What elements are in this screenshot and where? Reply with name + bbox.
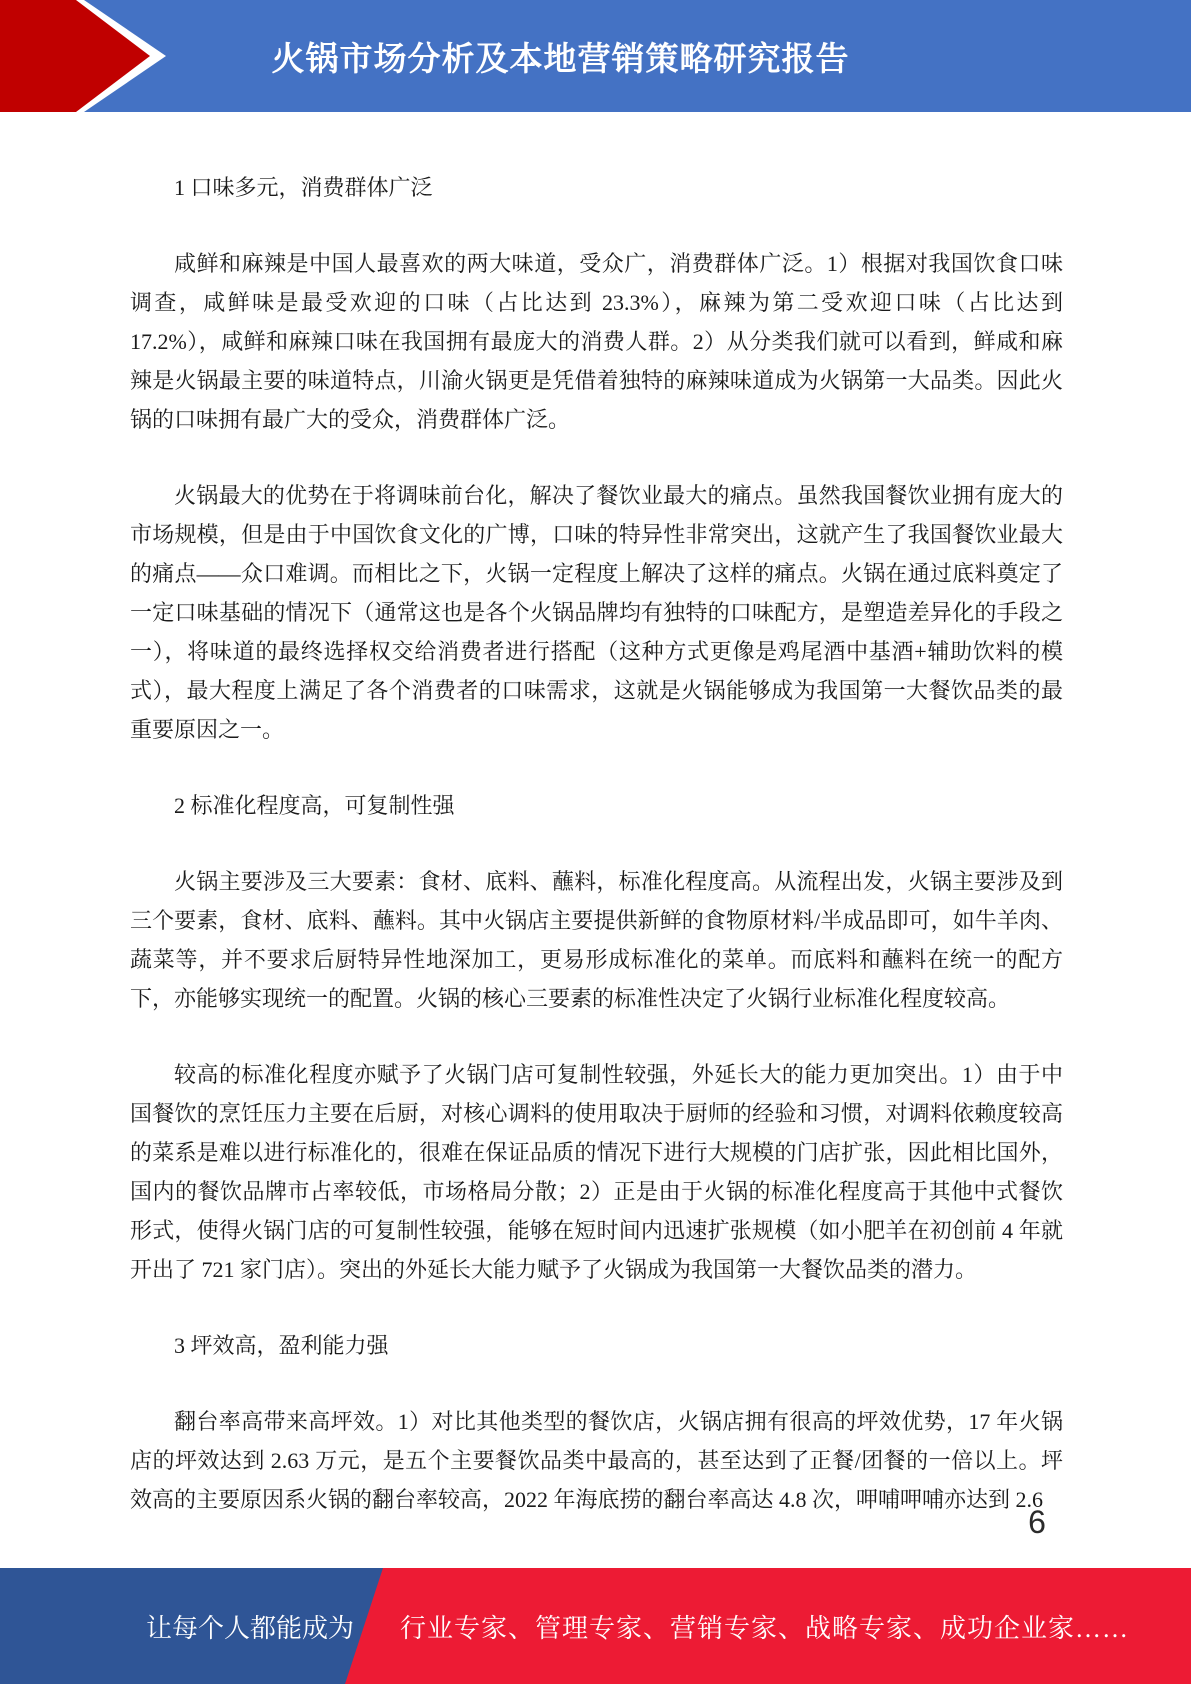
report-page: 火锅市场分析及本地营销策略研究报告 1 口味多元，消费群体广泛 咸鲜和麻辣是中国… [0, 0, 1191, 1684]
footer-slogan-right: 行业专家、管理专家、营销专家、战略专家、成功企业家…… [400, 1568, 1129, 1684]
section-3-heading: 3 坪效高，盈利能力强 [130, 1326, 1063, 1365]
section-1-paragraph-1: 咸鲜和麻辣是中国人最喜欢的两大味道，受众广，消费群体广泛。1）根据对我国饮食口味… [130, 244, 1063, 439]
footer-slogan-left: 让每个人都能成为 [146, 1568, 354, 1684]
page-title: 火锅市场分析及本地营销策略研究报告 [0, 0, 1156, 112]
document-body: 1 口味多元，消费群体广泛 咸鲜和麻辣是中国人最喜欢的两大味道，受众广，消费群体… [0, 112, 1191, 1519]
page-number: 6 [1012, 1504, 1062, 1541]
page-header: 火锅市场分析及本地营销策略研究报告 [0, 0, 1191, 112]
page-footer: 让每个人都能成为 行业专家、管理专家、营销专家、战略专家、成功企业家…… [0, 1568, 1191, 1684]
section-2-heading: 2 标准化程度高，可复制性强 [130, 786, 1063, 825]
section-2-paragraph-1: 火锅主要涉及三大要素：食材、底料、蘸料，标准化程度高。从流程出发，火锅主要涉及到… [130, 862, 1063, 1018]
section-2-paragraph-2: 较高的标准化程度亦赋予了火锅门店可复制性较强，外延长大的能力更加突出。1）由于中… [130, 1055, 1063, 1289]
section-1-heading: 1 口味多元，消费群体广泛 [130, 168, 1063, 207]
section-3-paragraph-1: 翻台率高带来高坪效。1）对比其他类型的餐饮店，火锅店拥有很高的坪效优势，17 年… [130, 1402, 1063, 1519]
section-1-paragraph-2: 火锅最大的优势在于将调味前台化，解决了餐饮业最大的痛点。虽然我国餐饮业拥有庞大的… [130, 476, 1063, 749]
